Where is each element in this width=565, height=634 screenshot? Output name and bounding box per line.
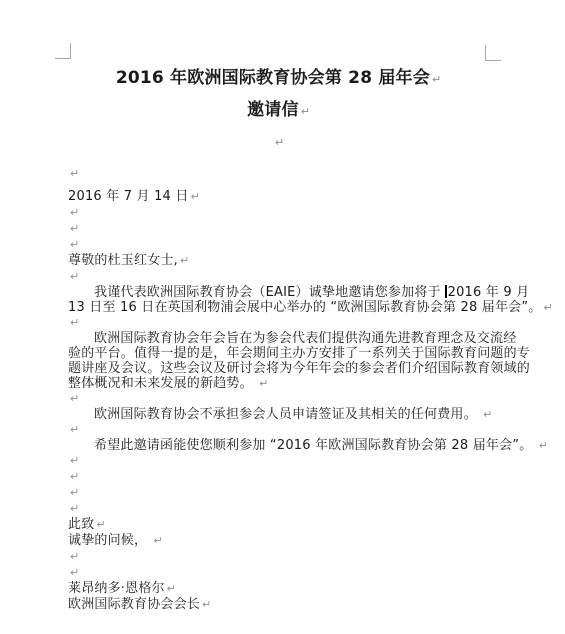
text-run: 诚挚的问候， (68, 533, 152, 548)
closing-regards[interactable]: 诚挚的问候， ↵ (68, 533, 489, 549)
paragraph-mark-icon: ↵ (68, 206, 79, 219)
blank-line[interactable]: ↵ (68, 269, 489, 285)
text-run: 欧洲国际教育协会不承担参会人员申请签证及其相关的任何费用。 (94, 407, 481, 422)
text-run: 2016 年 9 月 (448, 285, 530, 300)
signer-title[interactable]: 欧洲国际教育协会会长↵ (68, 597, 489, 613)
text-run: 欧洲国际教育协会会长 (68, 597, 200, 612)
paragraph-mark-icon: ↵ (68, 238, 79, 251)
para4[interactable]: 希望此邀请函能使您顺利参加 “2016 年欧洲国际教育协会第 28 届年会”。 … (68, 438, 489, 453)
paragraph-mark-icon: ↵ (68, 270, 79, 283)
paragraph-mark-icon: ↵ (68, 167, 79, 180)
paragraph-mark-icon: ↵ (165, 582, 176, 595)
blank-line[interactable]: ↵ (68, 158, 489, 189)
margin-crop-mark-top-left (55, 43, 71, 59)
signer-name[interactable]: 莱昂纳多·恩格尔↵ (68, 581, 489, 597)
paragraph-mark-icon: ↵ (152, 534, 163, 547)
paragraph-mark-icon: ↵ (94, 518, 105, 531)
paragraph-mark-icon: ↵ (481, 408, 492, 421)
text-run: 我谨代表欧洲国际教育协会（EAIE）诚挚地邀请您参加将于 (94, 285, 445, 300)
blank-line[interactable]: ↵ (68, 221, 489, 237)
paragraph-mark-icon: ↵ (189, 190, 200, 203)
salutation[interactable]: 尊敬的杜玉红女士,↵ (68, 253, 489, 269)
text-run: 验的平台。值得一提的是，年会期间主办方安排了一系列关于国际教育问题的专 (68, 346, 530, 361)
paragraph-mark-icon: ↵ (68, 566, 79, 579)
paragraph-mark-icon: ↵ (257, 377, 268, 390)
para1-line1[interactable]: 我谨代表欧洲国际教育协会（EAIE）诚挚地邀请您参加将于 2016 年 9 月 (68, 285, 489, 300)
blank-line[interactable]: ↵ (68, 565, 489, 581)
paragraph-mark-icon: ↵ (68, 222, 79, 235)
paragraph-mark-icon: ↵ (542, 301, 553, 314)
text-run: 欧洲国际教育协会年会旨在为参会代表们提供沟通先进教育理念及交流经 (94, 331, 516, 346)
text-cursor-caret (445, 285, 447, 298)
blank-line[interactable]: ↵ (68, 453, 489, 469)
paragraph-mark-icon: ↵ (68, 502, 79, 515)
paragraph-mark-icon: ↵ (68, 454, 79, 467)
para2-line2[interactable]: 验的平台。值得一提的是，年会期间主办方安排了一系列关于国际教育问题的专 (68, 346, 489, 361)
text-run: 希望此邀请函能使您顺利参加 “2016 年欧洲国际教育协会第 28 届年会”。 (94, 438, 537, 453)
paragraph-mark-icon: ↵ (178, 254, 189, 267)
blank-line[interactable]: ↵ (68, 315, 489, 331)
blank-line[interactable]: ↵ (68, 391, 489, 407)
document-page[interactable]: 2016 年欧洲国际教育协会第 28 届年会↵邀请信↵↵↵2016 年 7 月 … (0, 0, 565, 634)
blank-line[interactable]: ↵ (68, 205, 489, 221)
margin-crop-mark-top-right (485, 45, 501, 61)
text-run: 2016 年欧洲国际教育协会第 28 届年会 (116, 68, 430, 88)
para2-line1[interactable]: 欧洲国际教育协会年会旨在为参会代表们提供沟通先进教育理念及交流经 (68, 331, 489, 346)
paragraph-mark-icon: ↵ (68, 423, 79, 436)
text-run: 莱昂纳多·恩格尔 (68, 581, 165, 596)
blank-line[interactable]: ↵ (68, 127, 489, 158)
text-run: 题讲座及会议。这些会议及研讨会将为今年年会的参会者们介绍国际教育领域的 (68, 361, 530, 376)
text-run: 此致 (68, 517, 94, 532)
paragraph-mark-icon: ↵ (68, 392, 79, 405)
paragraph-mark-icon: ↵ (68, 550, 79, 563)
para2-line4[interactable]: 整体概况和未来发展的新趋势。 ↵ (68, 376, 489, 391)
blank-line[interactable]: ↵ (68, 422, 489, 438)
date-line[interactable]: 2016 年 7 月 14 日↵ (68, 189, 489, 205)
paragraph-mark-icon: ↵ (68, 470, 79, 483)
title[interactable]: 2016 年欧洲国际教育协会第 28 届年会↵ (68, 63, 489, 95)
blank-line[interactable]: ↵ (68, 485, 489, 501)
subtitle[interactable]: 邀请信↵ (68, 95, 489, 127)
text-run: 邀请信 (247, 100, 299, 120)
paragraph-mark-icon: ↵ (537, 439, 548, 452)
text-run: 整体概况和未来发展的新趋势。 (68, 376, 257, 391)
letter-body[interactable]: 2016 年欧洲国际教育协会第 28 届年会↵邀请信↵↵↵2016 年 7 月 … (68, 63, 489, 613)
closing-cizhi[interactable]: 此致↵ (68, 517, 489, 533)
paragraph-mark-icon: ↵ (430, 73, 441, 86)
blank-line[interactable]: ↵ (68, 469, 489, 485)
blank-line[interactable]: ↵ (68, 501, 489, 517)
blank-line[interactable]: ↵ (68, 237, 489, 253)
para3[interactable]: 欧洲国际教育协会不承担参会人员申请签证及其相关的任何费用。 ↵ (68, 407, 489, 422)
paragraph-mark-icon: ↵ (273, 136, 284, 149)
paragraph-mark-icon: ↵ (299, 105, 310, 118)
text-run: 尊敬的杜玉红女士, (68, 253, 178, 268)
para2-line3[interactable]: 题讲座及会议。这些会议及研讨会将为今年年会的参会者们介绍国际教育领域的 (68, 361, 489, 376)
para1-line2[interactable]: 13 日至 16 日在英国利物浦会展中心举办的 “欧洲国际教育协会第 28 届年… (68, 300, 489, 315)
text-run: 13 日至 16 日在英国利物浦会展中心举办的 “欧洲国际教育协会第 28 届年… (68, 300, 542, 315)
blank-line[interactable]: ↵ (68, 549, 489, 565)
text-run: 2016 年 7 月 14 日 (68, 189, 189, 204)
paragraph-mark-icon: ↵ (68, 486, 79, 499)
paragraph-mark-icon: ↵ (68, 316, 79, 329)
paragraph-mark-icon: ↵ (200, 598, 211, 611)
